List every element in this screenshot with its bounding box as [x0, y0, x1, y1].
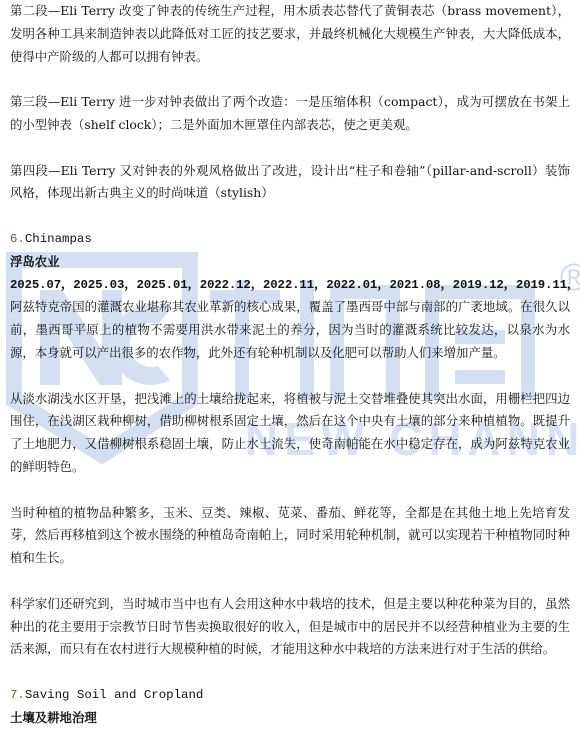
section-7-title-en: 7.Saving Soil and Cropland [10, 684, 570, 707]
paragraph-part3: 第三段—Eli Terry 进一步对钟表做出了两个改造：一是压缩体积（compa… [10, 91, 570, 137]
section-6: 6.Chinampas 浮岛农业 2025.07，2025.03，2025.01… [10, 228, 570, 661]
section-7-number: 7. [10, 688, 25, 702]
paragraph-part4: 第四段—Eli Terry 又对钟表的外观风格做出了改进，设计出“柱子和卷轴”（… [10, 160, 570, 206]
paragraph-part2: 第二段—Eli Terry 改变了钟表的传统生产过程，用木质表芯替代了黄铜表芯（… [10, 0, 570, 68]
section-7-title-en-text: Saving Soil and Cropland [25, 688, 203, 702]
section-6-title-zh: 浮岛农业 [10, 251, 570, 274]
section-6-exam-dates: 2025.07，2025.03，2025.01，2022.12，2022.11，… [10, 274, 570, 297]
section-6-paragraph-2: 从淡水湖浅水区开垦，把浅滩上的土壤给拢起来，将植被与泥土交替堆叠使其突出水面，用… [10, 388, 570, 479]
section-6-title-en-text: Chinampas [25, 232, 92, 246]
section-7: 7.Saving Soil and Cropland 土壤及耕地治理 [10, 684, 570, 730]
section-6-title-en: 6.Chinampas [10, 228, 570, 251]
section-7-title-zh: 土壤及耕地治理 [10, 707, 570, 730]
section-6-number: 6. [10, 232, 25, 246]
section-6-paragraph-1: 阿兹特克帝国的灌溉农业堪称其农业革新的核心成果，覆盖了墨西哥中部与南部的广袤地域… [10, 296, 570, 364]
section-6-paragraph-4: 科学家们还研究到，当时城市当中也有人会用这种水中栽培的技术，但是主要以种花种菜为… [10, 593, 570, 661]
section-6-paragraph-3: 当时种植的植物品种繁多，玉米、豆类、辣椒、苋菜、番茄、鲜花等，全都是在其他土地上… [10, 502, 570, 570]
document-page: 第二段—Eli Terry 改变了钟表的传统生产过程，用木质表芯替代了黄铜表芯（… [0, 0, 580, 730]
